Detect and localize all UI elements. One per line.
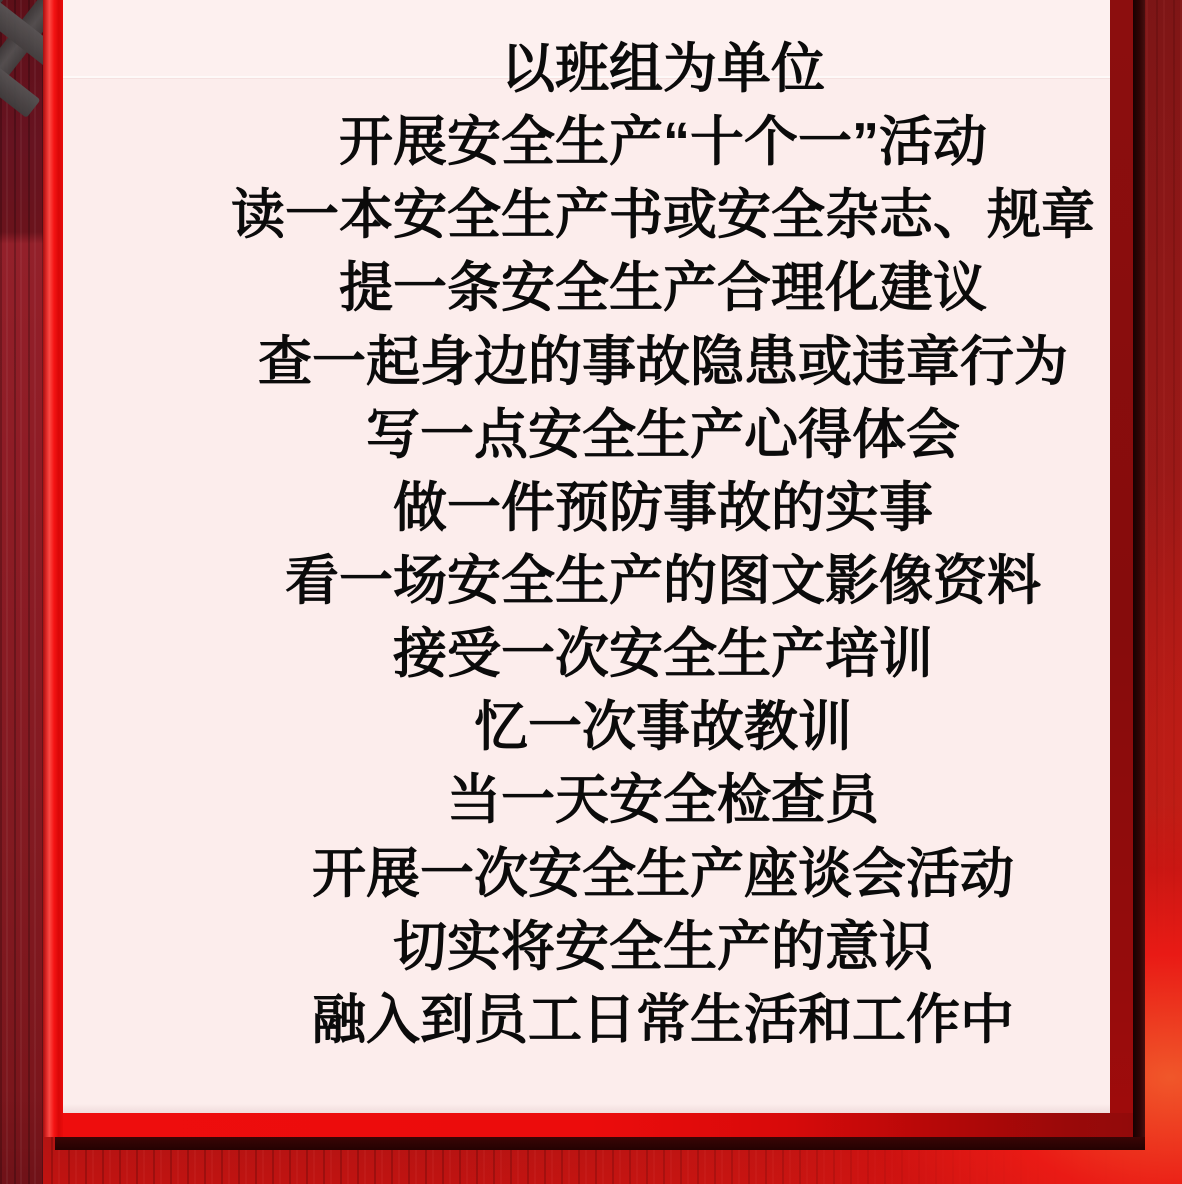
poster-line: 以班组为单位 bbox=[143, 33, 1182, 106]
steel-track-icon bbox=[0, 0, 43, 272]
paper-bottom-shade bbox=[63, 1104, 1110, 1113]
poster-line: 切实将安全生产的意识 bbox=[143, 911, 1182, 984]
frame-inner-edge-bottom bbox=[43, 1113, 1133, 1137]
poster-line: 开展安全生产“十个一”活动 bbox=[143, 106, 1182, 179]
poster-paper: 以班组为单位 开展安全生产“十个一”活动 读一本安全生产书或安全杂志、规章 提一… bbox=[63, 0, 1110, 1113]
safety-poster: 以班组为单位 开展安全生产“十个一”活动 读一本安全生产书或安全杂志、规章 提一… bbox=[0, 0, 1182, 1184]
poster-line: 开展一次安全生产座谈会活动 bbox=[143, 838, 1182, 911]
poster-line: 当一天安全检查员 bbox=[143, 764, 1182, 837]
poster-line: 忆一次事故教训 bbox=[143, 691, 1182, 764]
frame-inner-edge-left bbox=[43, 0, 63, 1137]
poster-line: 提一条安全生产合理化建议 bbox=[143, 252, 1182, 325]
poster-line: 读一本安全生产书或安全杂志、规章 bbox=[143, 179, 1182, 252]
poster-line: 写一点安全生产心得体会 bbox=[143, 399, 1182, 472]
poster-line: 接受一次安全生产培训 bbox=[143, 618, 1182, 691]
poster-line: 融入到员工日常生活和工作中 bbox=[143, 984, 1182, 1057]
poster-text-block: 以班组为单位 开展安全生产“十个一”活动 读一本安全生产书或安全杂志、规章 提一… bbox=[143, 33, 1182, 1057]
left-frame-plank bbox=[0, 0, 43, 1184]
poster-line: 看一场安全生产的图文影像资料 bbox=[143, 545, 1182, 618]
frame-outer-edge-bottom bbox=[55, 1137, 1145, 1150]
poster-line: 做一件预防事故的实事 bbox=[143, 472, 1182, 545]
poster-line: 查一起身边的事故隐患或违章行为 bbox=[143, 326, 1182, 399]
